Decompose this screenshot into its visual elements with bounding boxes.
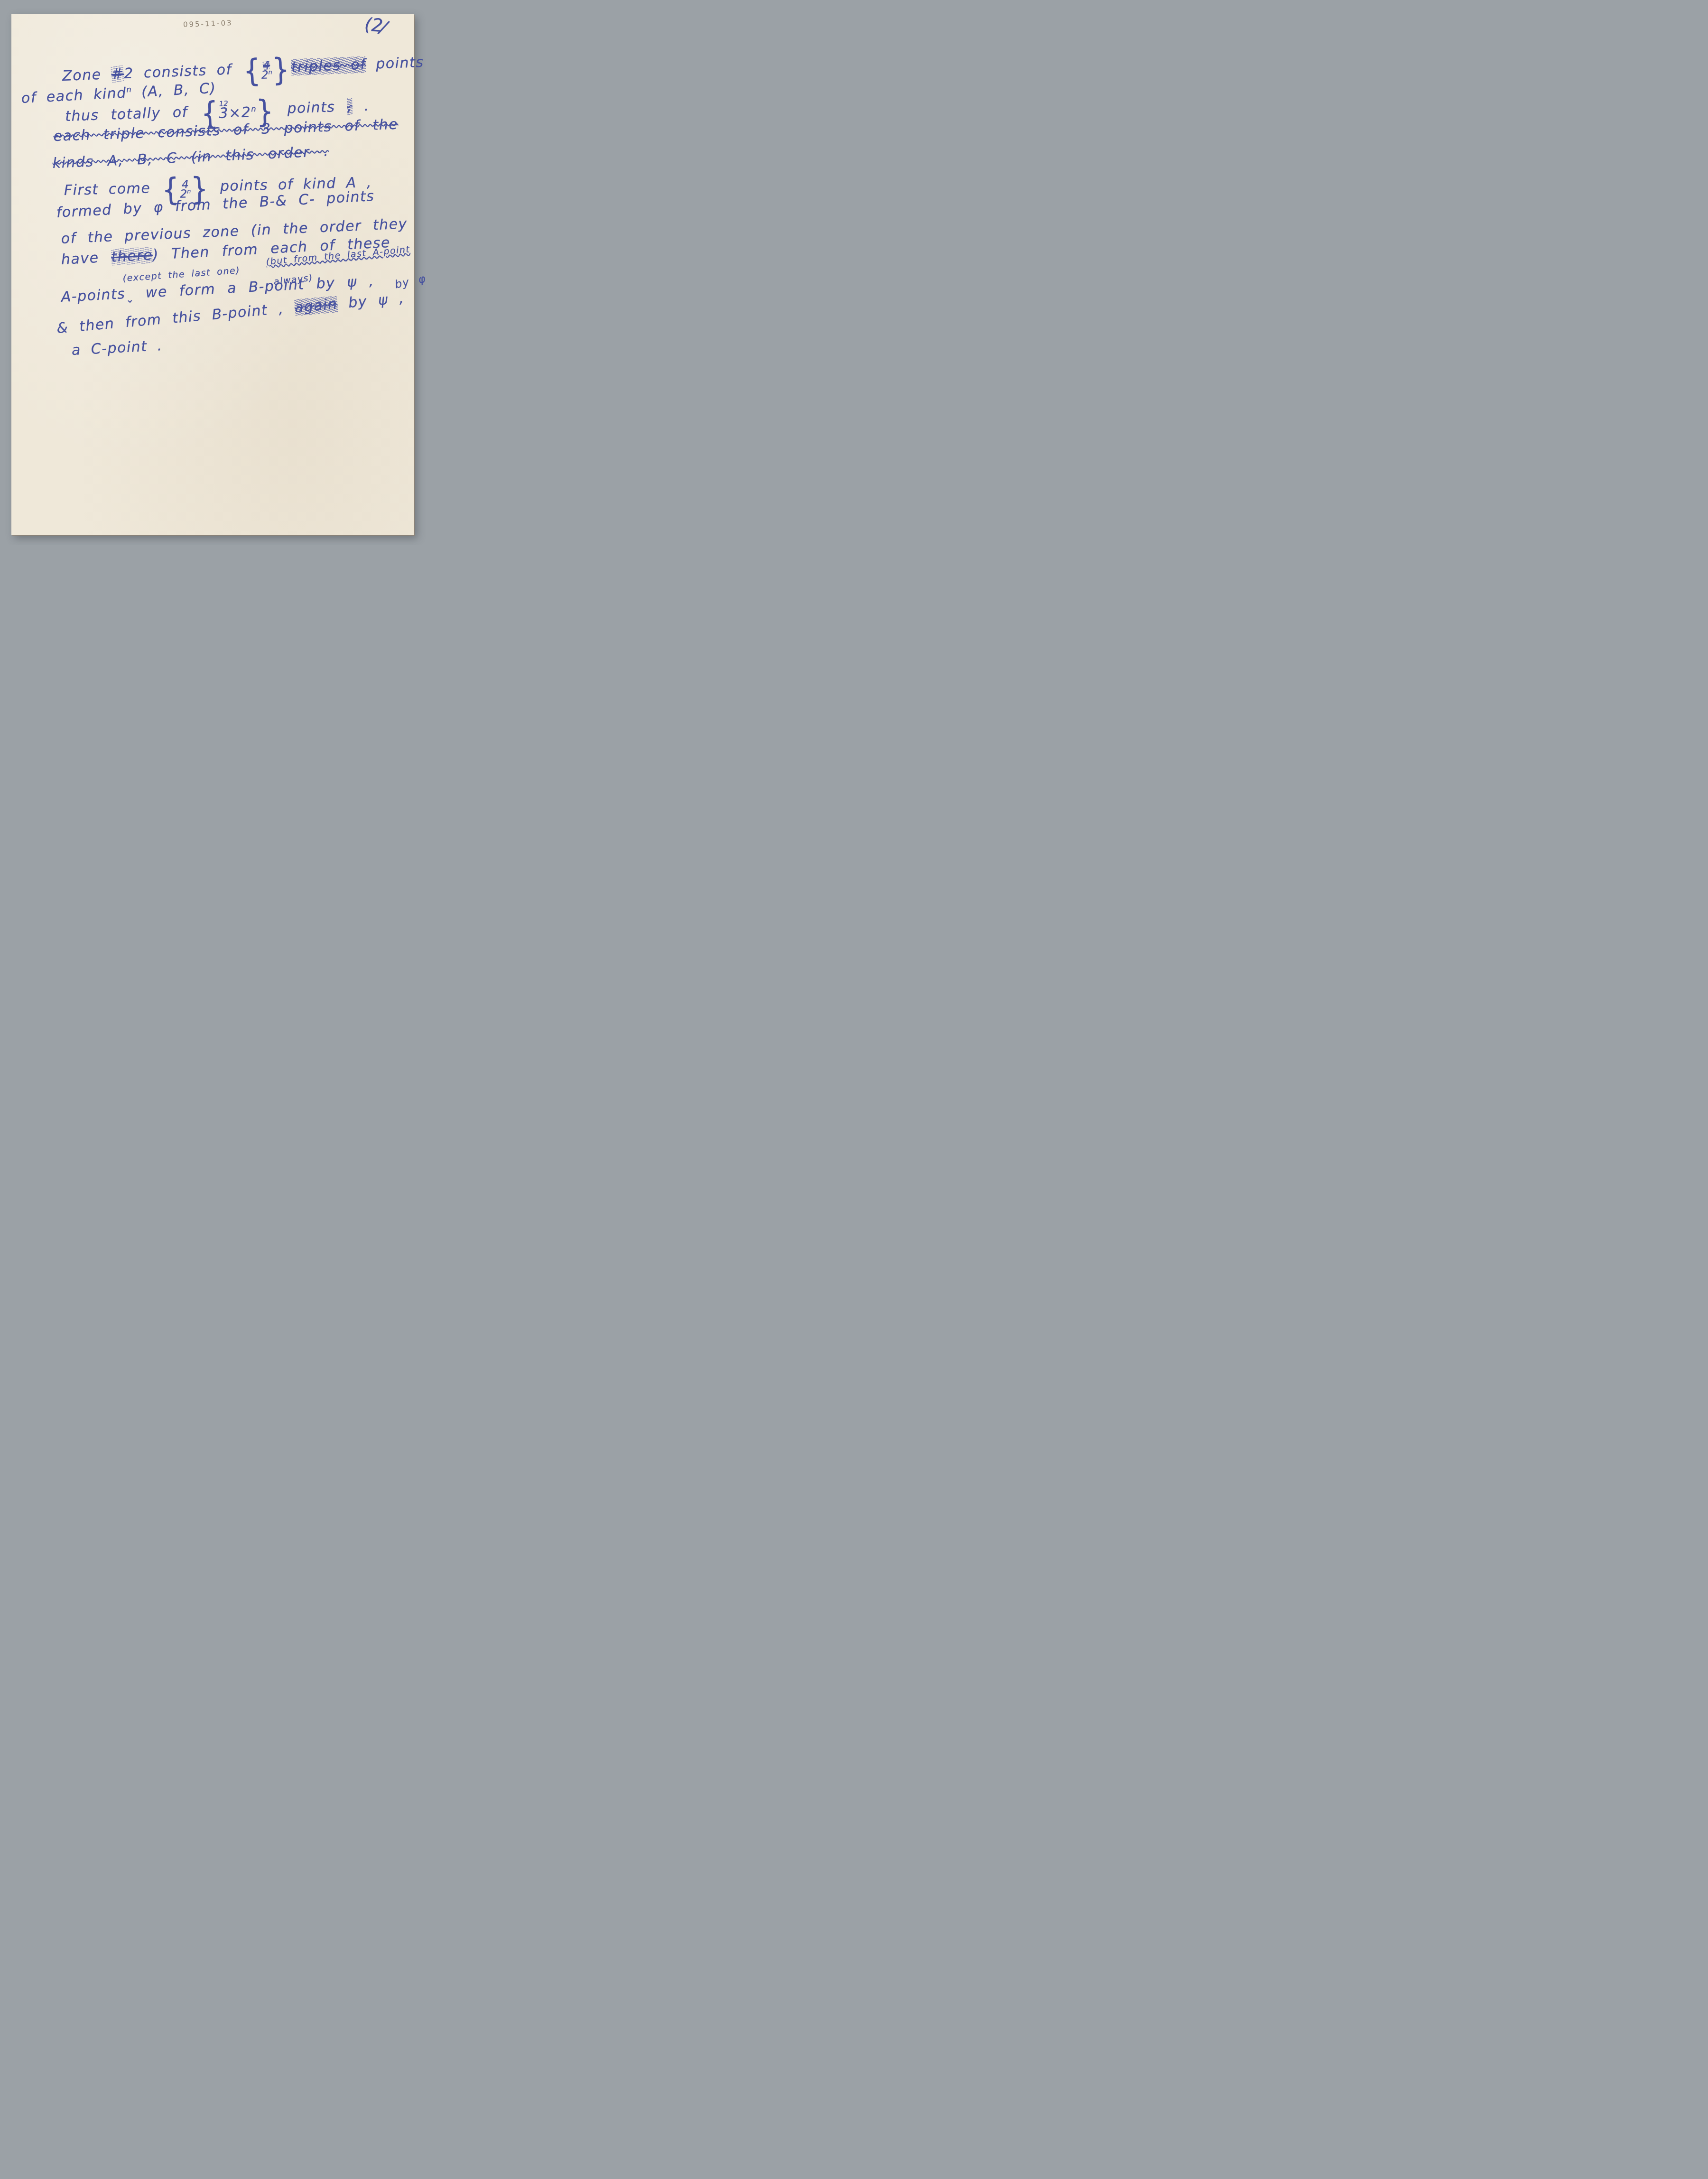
line9-insertion-by-phi: by φ , xyxy=(394,270,427,290)
line1-struck-symbol: # xyxy=(111,65,124,83)
line11-struck-word: again xyxy=(294,296,338,316)
line1-word: 2 consists of xyxy=(124,61,242,82)
line9-struck-word: there xyxy=(111,247,153,266)
line1-word: points xyxy=(366,54,424,73)
stacked-count-expression: {42n} xyxy=(243,59,290,82)
denominator: 2n xyxy=(261,70,272,80)
times-sign: × xyxy=(229,105,242,121)
scanned-page: 095-11-03 (2/ Zone #2 consists of {42n}t… xyxy=(0,0,427,545)
brace-open: { xyxy=(243,58,262,84)
page-number: (2/ xyxy=(364,14,390,37)
insertion-caret: ⌄ xyxy=(125,293,134,305)
line11-word: by ψ , xyxy=(337,290,405,312)
power-term: 2n xyxy=(241,104,256,120)
line1-word: Zone xyxy=(62,66,112,84)
line3-period: . xyxy=(352,98,370,115)
line9-word: have xyxy=(61,249,111,268)
manuscript-line-5-struck: kinds A, B, C (in this order . xyxy=(52,144,329,171)
brace-close: } xyxy=(271,57,290,83)
manuscript-line-12: a C-point . xyxy=(71,338,163,358)
correction-12: 12 xyxy=(219,100,228,108)
line10-word: A-points xyxy=(61,286,126,306)
line3-word: points xyxy=(275,98,347,117)
manuscript-line-1: Zone #2 consists of {42n}triples of poin… xyxy=(62,47,427,84)
base-with-correction: 312 xyxy=(219,105,229,121)
line6-word: First come xyxy=(64,180,160,199)
line1-scratched-phrase: triples of xyxy=(291,56,366,75)
line3-word: thus totally of xyxy=(65,103,200,125)
manuscript-paper: 095-11-03 (2/ Zone #2 consists of {42n}t… xyxy=(11,14,414,535)
archive-label: 095-11-03 xyxy=(183,19,233,29)
line1-trailing-comma: , xyxy=(424,53,427,70)
